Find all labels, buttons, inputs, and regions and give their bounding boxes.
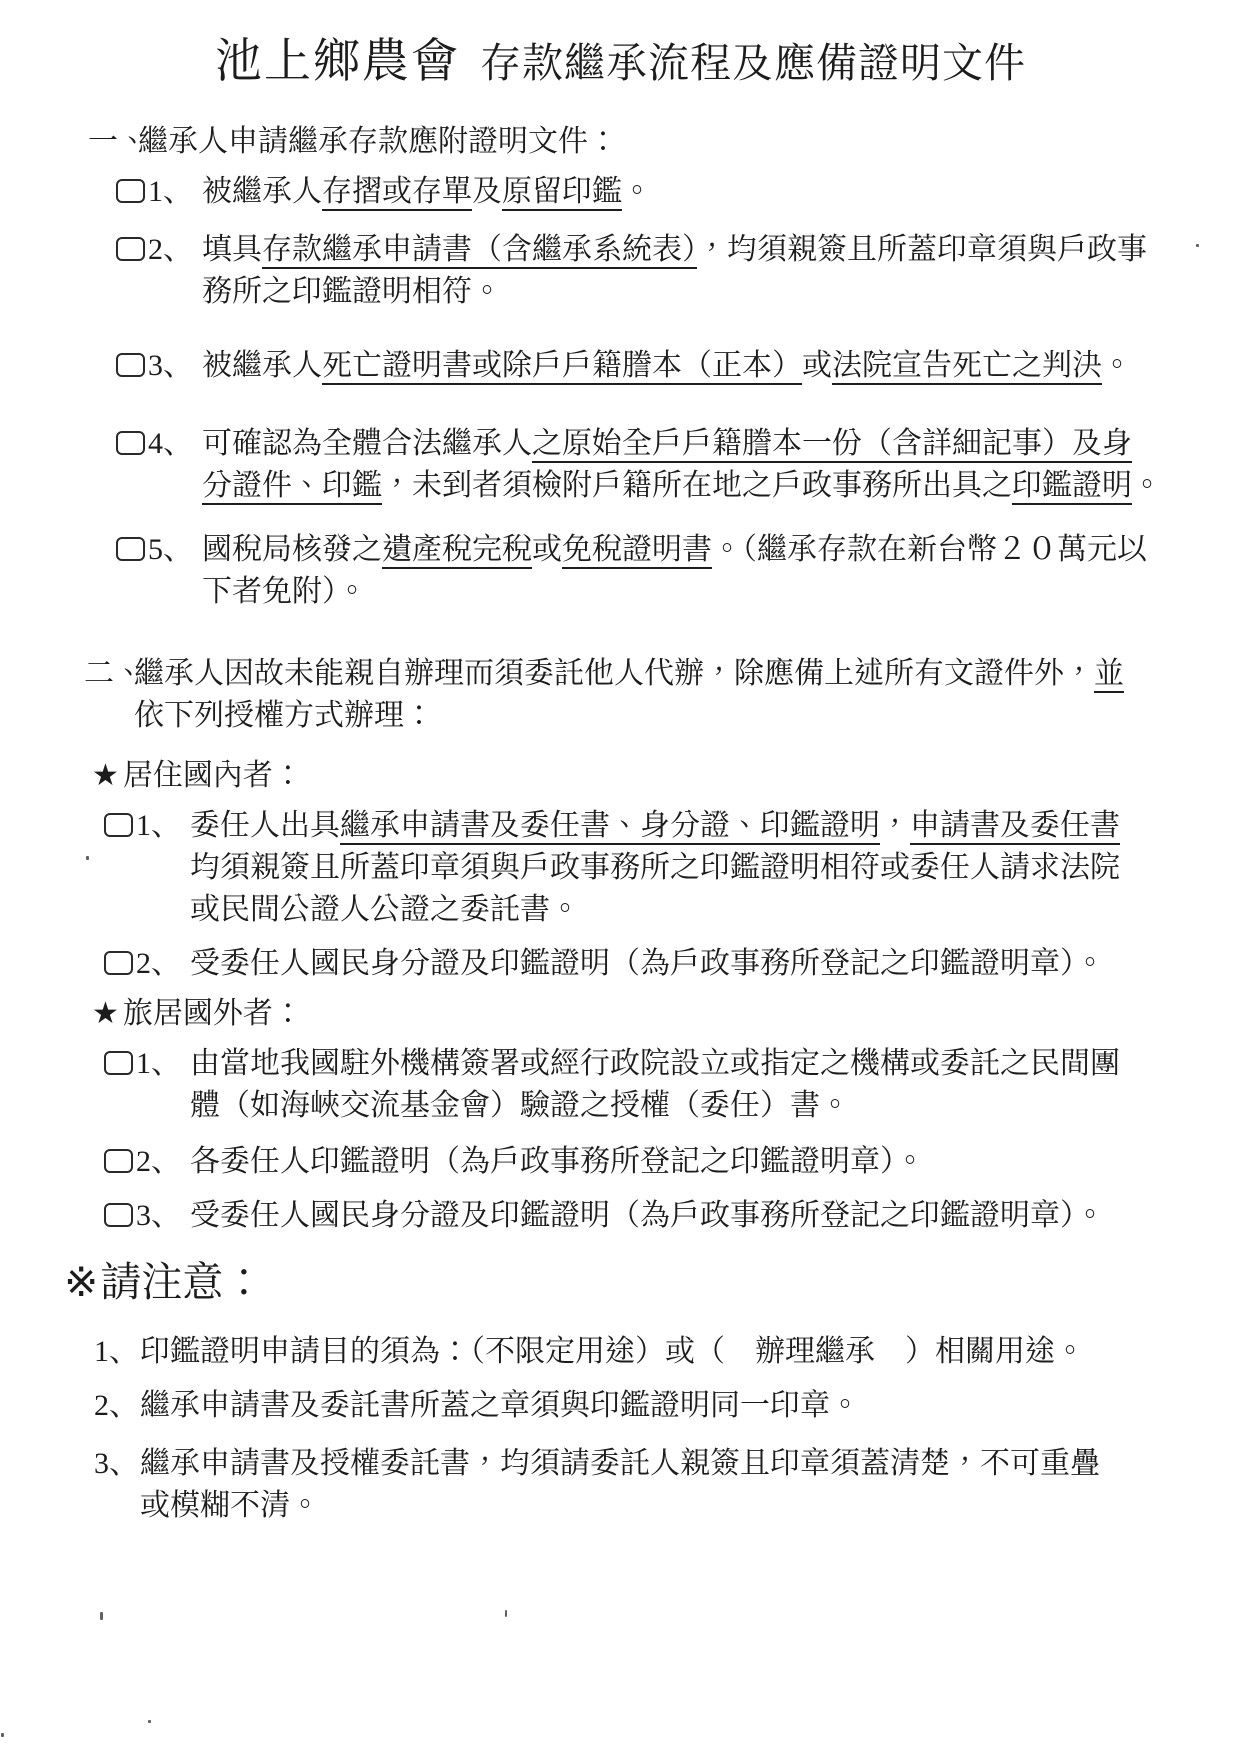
domestic-item-2: 2、 受委任人國民身分證及印鑑證明（為戶政事務所登記之印鑑證明章）。 bbox=[104, 943, 1241, 985]
item-number: 1、 bbox=[136, 809, 181, 842]
section-1-number: 一、 bbox=[88, 121, 138, 163]
note-text: 繼承申請書及委託書所蓋之章須與印鑑證明同一印章。 bbox=[140, 1385, 1241, 1427]
item-text: 由當地我國駐外機構簽署或經行政院設立或指定之機構或委託之民間團體（如海峽交流基金… bbox=[190, 1043, 1241, 1127]
scan-speck bbox=[1, 1733, 4, 1737]
note-item-3: 3、 繼承申請書及授權委託書，均須請委託人親簽且印章須蓋清楚，不可重疊或模糊不清… bbox=[94, 1443, 1241, 1527]
item-text: 各委任人印鑑證明（為戶政事務所登記之印鑑證明章）。 bbox=[190, 1141, 1241, 1183]
domestic-resident-label: ★居住國內者： bbox=[92, 755, 1241, 797]
note-item-1: 1、 印鑑證明申請目的須為：（不限定用途）或（ 辦理繼承 ）相關用途。 bbox=[94, 1331, 1241, 1373]
star-icon: ★ bbox=[92, 759, 119, 792]
item-text: 委任人出具繼承申請書及委任書、身分證、印鑑證明，申請書及委任書均須親簽且所蓋印章… bbox=[190, 805, 1241, 931]
required-doc-item-3: 3、 被繼承人死亡證明書或除戶戶籍謄本（正本）或法院宣告死亡之判決。 bbox=[116, 345, 1241, 387]
domestic-resident-label-text: 居住國內者： bbox=[123, 759, 303, 792]
overseas-item-1: 1、 由當地我國駐外機構簽署或經行政院設立或指定之機構或委託之民間團體（如海峽交… bbox=[104, 1043, 1241, 1127]
item-marker: 1、 bbox=[116, 171, 202, 213]
scan-speck bbox=[505, 1610, 507, 1617]
note-number: 2、 bbox=[94, 1385, 140, 1427]
section-1-heading-text: 繼承人申請繼承存款應附證明文件： bbox=[138, 121, 1241, 163]
item-marker: 1、 bbox=[104, 805, 190, 847]
item-text: 國稅局核發之遺產稅完稅或免稅證明書。（繼承存款在新台幣２０萬元以下者免附）。 bbox=[202, 529, 1241, 613]
item-marker: 3、 bbox=[104, 1195, 190, 1237]
item-marker: 4、 bbox=[116, 423, 202, 465]
required-doc-item-1: 1、 被繼承人存摺或存單及原留印鑑。 bbox=[116, 171, 1241, 213]
item-marker: 2、 bbox=[116, 229, 202, 271]
item-marker: 2、 bbox=[104, 943, 190, 985]
domestic-item-1: 1、 委任人出具繼承申請書及委任書、身分證、印鑑證明，申請書及委任書均須親簽且所… bbox=[104, 805, 1241, 931]
checkbox-icon bbox=[104, 1051, 133, 1075]
notes-heading: ※請注意： bbox=[64, 1255, 1241, 1309]
checkbox-icon bbox=[116, 237, 145, 261]
item-text: 填具存款繼承申請書（含繼承系統表），均須親簽且所蓋印章須與戶政事務所之印鑑證明相… bbox=[202, 229, 1241, 313]
item-number: 4、 bbox=[148, 427, 193, 460]
section-2-heading: 二、 繼承人因故未能親自辦理而須委託他人代辦，除應備上述所有文證件外，並依下列授… bbox=[84, 653, 1241, 737]
organization-name: 池上鄉農會 bbox=[215, 36, 460, 88]
item-number: 5、 bbox=[148, 533, 193, 566]
checkbox-icon bbox=[104, 951, 133, 975]
checkbox-icon bbox=[104, 1203, 133, 1227]
scan-speck bbox=[148, 1720, 151, 1723]
document-title: 池上鄉農會 存款繼承流程及應備證明文件 bbox=[0, 0, 1241, 91]
item-marker: 1、 bbox=[104, 1043, 190, 1085]
notes-heading-text: 請注意： bbox=[100, 1259, 264, 1305]
item-marker: 3、 bbox=[116, 345, 202, 387]
item-text: 被繼承人存摺或存單及原留印鑑。 bbox=[202, 171, 1241, 213]
overseas-resident-label-text: 旅居國外者： bbox=[123, 997, 303, 1030]
note-item-2: 2、 繼承申請書及委託書所蓋之章須與印鑑證明同一印章。 bbox=[94, 1385, 1241, 1427]
item-text: 受委任人國民身分證及印鑑證明（為戶政事務所登記之印鑑證明章）。 bbox=[190, 943, 1241, 985]
item-number: 1、 bbox=[136, 1047, 181, 1080]
required-doc-item-4: 4、 可確認為全體合法繼承人之原始全戶戶籍謄本一份（含詳細記事）及身分證件、印鑑… bbox=[116, 423, 1241, 507]
item-number: 2、 bbox=[148, 233, 193, 266]
scan-speck bbox=[86, 856, 89, 860]
item-number: 2、 bbox=[136, 947, 181, 980]
overseas-item-2: 2、 各委任人印鑑證明（為戶政事務所登記之印鑑證明章）。 bbox=[104, 1141, 1241, 1183]
item-number: 1、 bbox=[148, 175, 193, 208]
note-number: 1、 bbox=[94, 1331, 140, 1373]
overseas-item-3: 3、 受委任人國民身分證及印鑑證明（為戶政事務所登記之印鑑證明章）。 bbox=[104, 1195, 1241, 1237]
star-icon: ★ bbox=[92, 997, 119, 1030]
document-subject: 存款繼承流程及應備證明文件 bbox=[480, 40, 1026, 86]
section-2-heading-text: 繼承人因故未能親自辦理而須委託他人代辦，除應備上述所有文證件外，並依下列授權方式… bbox=[134, 653, 1241, 737]
section-2-number: 二、 bbox=[84, 653, 134, 695]
item-number: 3、 bbox=[136, 1199, 181, 1232]
note-text: 印鑑證明申請目的須為：（不限定用途）或（ 辦理繼承 ）相關用途。 bbox=[140, 1331, 1241, 1373]
checkbox-icon bbox=[104, 1149, 133, 1173]
item-number: 2、 bbox=[136, 1145, 181, 1178]
section-1-heading: 一、 繼承人申請繼承存款應附證明文件： bbox=[88, 121, 1241, 163]
checkbox-icon bbox=[116, 431, 145, 455]
checkbox-icon bbox=[116, 179, 145, 203]
item-marker: 5、 bbox=[116, 529, 202, 571]
note-number: 3、 bbox=[94, 1443, 140, 1485]
required-doc-item-2: 2、 填具存款繼承申請書（含繼承系統表），均須親簽且所蓋印章須與戶政事務所之印鑑… bbox=[116, 229, 1241, 313]
required-doc-item-5: 5、 國稅局核發之遺產稅完稅或免稅證明書。（繼承存款在新台幣２０萬元以下者免附）… bbox=[116, 529, 1241, 613]
overseas-resident-label: ★旅居國外者： bbox=[92, 993, 1241, 1035]
scan-speck bbox=[1196, 244, 1199, 247]
reference-mark-icon: ※ bbox=[64, 1259, 98, 1305]
checkbox-icon bbox=[116, 353, 145, 377]
scan-speck bbox=[100, 1612, 103, 1620]
item-text: 被繼承人死亡證明書或除戶戶籍謄本（正本）或法院宣告死亡之判決。 bbox=[202, 345, 1241, 387]
item-text: 受委任人國民身分證及印鑑證明（為戶政事務所登記之印鑑證明章）。 bbox=[190, 1195, 1241, 1237]
checkbox-icon bbox=[116, 537, 145, 561]
item-text: 可確認為全體合法繼承人之原始全戶戶籍謄本一份（含詳細記事）及身分證件、印鑑，未到… bbox=[202, 423, 1241, 507]
scanned-document-page: 池上鄉農會 存款繼承流程及應備證明文件 一、 繼承人申請繼承存款應附證明文件： … bbox=[0, 0, 1241, 1755]
item-marker: 2、 bbox=[104, 1141, 190, 1183]
note-text: 繼承申請書及授權委託書，均須請委託人親簽且印章須蓋清楚，不可重疊或模糊不清。 bbox=[140, 1443, 1241, 1527]
checkbox-icon bbox=[104, 813, 133, 837]
item-number: 3、 bbox=[148, 349, 193, 382]
